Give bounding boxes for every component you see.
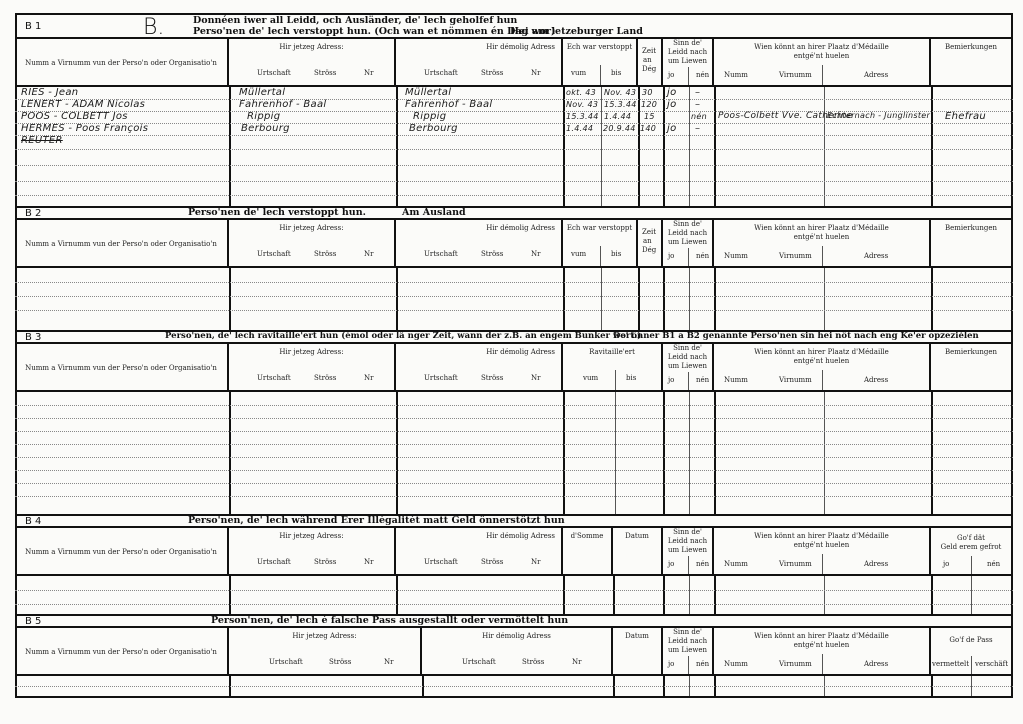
entry-former[interactable]: Rippig [413, 111, 446, 122]
section-title-right: De' önner B1 a B2 genannte Perso'nen sin… [613, 331, 979, 341]
b1-column-header: Numm a Virnumm vun der Perso'n oder Orga… [15, 39, 1013, 87]
section-b4: B 4 Perso'nen, de' lech während Erer Ill… [15, 514, 1013, 614]
entry-former[interactable]: Fahrenhof - Baal [405, 99, 492, 110]
header-hidden-period: Ech war verstoppt vum bis [563, 39, 638, 85]
section-code: B 4 [25, 516, 41, 527]
entry-former[interactable]: Berbourg [409, 123, 458, 134]
section-code: B 1 [25, 21, 41, 32]
b1-rows: RIES - Jean Müllertal Müllertal okt. 43 … [15, 87, 1013, 206]
entry-nen[interactable]: nén [691, 112, 707, 121]
section-title-right: Am Ausland [402, 207, 466, 218]
entry-current[interactable]: Müllertal [239, 87, 285, 98]
section-b1-title-bar: B 1 B. Donnéen iwer all Leidd, och Auslä… [15, 13, 1013, 39]
entry-name-struck[interactable]: REUTER [21, 135, 63, 146]
entry-remarks[interactable]: Ehefrau [945, 111, 986, 122]
section-code: B 5 [25, 616, 41, 627]
entry-days[interactable]: 15 [644, 112, 655, 121]
entry-vum[interactable]: Nov. 43 [566, 100, 598, 109]
section-b2: B 2 Perso'nen de' lech verstoppt hun. Am… [15, 206, 1013, 330]
header-name: Numm a Virnumm vun der Perso'n oder Orga… [15, 39, 229, 85]
b2-rows[interactable] [15, 268, 1013, 330]
section-b1: B 1 B. Donnéen iwer all Leidd, och Auslä… [15, 13, 1013, 206]
section-b3-title-bar: B 3 Perso'nen, de' lech ravitaille'ert h… [15, 330, 1013, 344]
entry-bis[interactable]: Nov. 43 [604, 88, 636, 97]
b3-column-header: Numm a Virnumm vun der Perso'n oder Orga… [15, 344, 1013, 392]
b5-rows[interactable] [15, 676, 1013, 696]
entry-name[interactable]: LENERT - ADAM Nicolas [21, 99, 145, 110]
b5-column-header: Numm a Virnumm vun der Perso'n oder Orga… [15, 628, 1013, 676]
b3-rows[interactable] [15, 392, 1013, 514]
section-title-right: Hei am letzeburger Land [510, 26, 643, 37]
entry-current[interactable]: Berbourg [241, 123, 290, 134]
entry-name[interactable]: RIES - Jean [21, 87, 78, 98]
entry-medal-address[interactable]: Echternach - Junglinster [827, 111, 930, 120]
header-remarks: Bemierkungen [931, 39, 1011, 85]
section-title: Perso'nen de' lech verstoppt hun. [188, 207, 366, 218]
section-code: B 3 [25, 332, 41, 343]
section-b3: B 3 Perso'nen, de' lech ravitaille'ert h… [15, 330, 1013, 514]
entry-days[interactable]: 120 [641, 100, 657, 109]
header-former-address: Hir démolig Adress Urtschaft Ströss Nr [396, 39, 563, 85]
section-title-line1: Donnéen iwer all Leidd, och Ausländer, d… [193, 15, 517, 26]
entry-days[interactable]: 30 [642, 88, 653, 97]
section-b5-title-bar: B 5 Person'nen, de' lech é falsche Pass … [15, 614, 1013, 628]
entry-name[interactable]: POOS - COLBETT Jos [21, 111, 128, 122]
entry-nen[interactable]: – [695, 123, 700, 134]
entry-bis[interactable]: 15.3.44 [604, 100, 637, 109]
section-title: Person'nen, de' lech é falsche Pass ausg… [211, 615, 568, 626]
form-letter: B. [143, 15, 164, 40]
section-title: Perso'nen, de' lech ravitaille'ert hun (… [165, 331, 641, 341]
entry-vum[interactable]: okt. 43 [566, 88, 596, 97]
section-b4-title-bar: B 4 Perso'nen, de' lech während Erer Ill… [15, 514, 1013, 528]
entry-jo[interactable]: jo [667, 87, 677, 98]
entry-vum[interactable]: 15.3.44 [566, 112, 599, 121]
entry-nen[interactable]: – [695, 99, 700, 110]
section-b5: B 5 Person'nen, de' lech é falsche Pass … [15, 614, 1013, 698]
section-code: B 2 [25, 208, 41, 219]
entry-former[interactable]: Müllertal [405, 87, 451, 98]
entry-bis[interactable]: 1.4.44 [604, 112, 631, 121]
header-current-address: Hir jetzeg Adress: Urtschaft Ströss Nr [229, 39, 396, 85]
header-suffered: Sinn de' Leidd nach um Liewen jo nén [663, 39, 714, 85]
b4-column-header: Numm a Virnumm vun der Perso'n oder Orga… [15, 528, 1013, 576]
header-medal: Wien könnt an hirer Plaatz d'Médaille en… [714, 39, 931, 85]
entry-days[interactable]: 140 [640, 124, 656, 133]
b4-rows[interactable] [15, 576, 1013, 614]
entry-name[interactable]: HERMES - Poos François [21, 123, 148, 134]
b2-column-header: Numm a Virnumm vun der Perso'n oder Orga… [15, 220, 1013, 268]
entry-bis[interactable]: 20.9.44 [603, 124, 636, 133]
entry-nen[interactable]: – [695, 87, 700, 98]
section-b2-title-bar: B 2 Perso'nen de' lech verstoppt hun. Am… [15, 206, 1013, 220]
header-days: Zeit an Dég [638, 39, 663, 85]
entry-vum[interactable]: 1.4.44 [566, 124, 593, 133]
entry-jo[interactable]: jo [667, 99, 677, 110]
entry-current[interactable]: Rippig [247, 111, 280, 122]
section-title: Perso'nen, de' lech während Erer Illégal… [188, 515, 565, 526]
entry-jo[interactable]: jo [667, 123, 677, 134]
entry-current[interactable]: Fahrenhof - Baal [239, 99, 326, 110]
section-title-line2: Perso'nen de' lech verstoppt hun. (Och w… [193, 26, 556, 37]
